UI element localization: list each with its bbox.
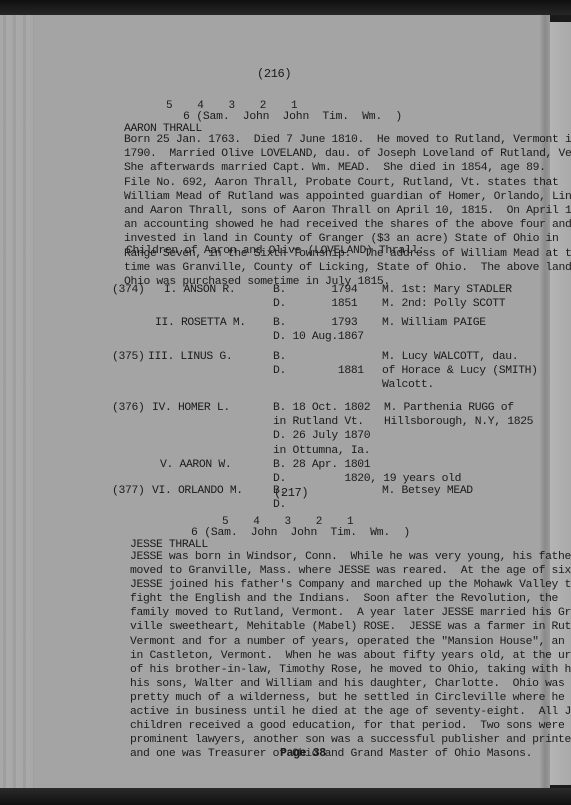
child-name: II. ROSETTA M. (155, 316, 246, 330)
biography-line: moved to Granville, Mass. where JESSE wa… (130, 564, 571, 578)
page-left-binding-edge (0, 15, 34, 788)
biography-line: JESSE joined his father's Company and ma… (130, 578, 571, 592)
biography-line: of his brother-in-law, Timothy Rose, he … (130, 663, 571, 677)
children-heading: Children of Aaron and Olive (LOVELAND) T… (126, 244, 424, 258)
biography-line: ville sweetheart, Mehitable (Mabel) ROSE… (130, 620, 571, 634)
child-dates: B. 18 Oct. 1802 in Rutland Vt. D. 26 Jul… (273, 401, 370, 458)
biography-line: in Castleton, Vermont. When he was about… (130, 649, 571, 663)
biography-line: File No. 692, Aaron Thrall, Probate Cour… (124, 176, 571, 190)
child-marriage: M. William PAIGE (382, 316, 486, 330)
biography-line: Vermont and for a number of years, opera… (130, 635, 571, 649)
scanner-top-edge (0, 0, 571, 15)
child-marriage: M. Parthenia RUGG of Hillsborough, N.Y, … (384, 401, 533, 429)
child-dates: B. D. 1881 (273, 350, 364, 378)
child-reference-number: (374) (112, 283, 144, 297)
child-marriage: M. 1st: Mary STADLER M. 2nd: Polly SCOTT (382, 283, 512, 311)
section-number-216: (216) (257, 67, 291, 81)
section-number-217: (217) (274, 486, 308, 500)
child-marriage: M. Lucy WALCOTT, dau. of Horace & Lucy (… (382, 350, 538, 393)
biography-line: children received a good education, for … (130, 719, 571, 733)
lineage-ancestor-names: 6 (Sam. John John Tim. Wm. ) (183, 110, 402, 124)
biography-line: She afterwards married Capt. Wm. MEAD. S… (124, 161, 571, 175)
child-name: VI. ORLANDO M. (152, 484, 243, 498)
child-dates: B. 28 Apr. 1801 D. 1820, 19 years old (273, 458, 461, 486)
biography-line: time was Granville, County of Licking, S… (124, 261, 571, 275)
child-dates: B. 1794 D. 1851 (273, 283, 357, 311)
biography-line: William Mead of Rutland was appointed gu… (124, 190, 571, 204)
biography-line: prominent lawyers, another son was a suc… (130, 733, 571, 747)
child-name: V. AARON W. (160, 458, 231, 472)
biography-line: JESSE was born in Windsor, Conn. While h… (130, 550, 571, 564)
lineage-line: 6 (Sam. John John Tim. Wm. ) (183, 111, 402, 123)
biography-line: pretty much of a wilderness, but he sett… (130, 691, 571, 705)
biography-line: fight the English and the Indians. Soon … (130, 592, 571, 606)
child-name: III. LINUS G. (148, 350, 232, 364)
page-footer-number: Page 38 (280, 747, 326, 761)
child-marriage: M. Betsey MEAD (382, 484, 473, 498)
biography-line: active in business until he died at the … (130, 705, 571, 719)
biography-line: and one was Treasurer of Ohio and Grand … (130, 747, 571, 761)
child-name: I. ANSON R. (164, 283, 235, 297)
lineage-ancestor-names-217: 6 (Sam. John John Tim. Wm. ) (191, 526, 410, 540)
jesse-thrall-biography: JESSE was born in Windsor, Conn. While h… (130, 550, 571, 761)
child-reference-number: (375) (112, 350, 144, 364)
child-dates: B. 1793 D. 10 Aug.1867 (273, 316, 364, 344)
biography-line: Born 25 Jan. 1763. Died 7 June 1810. He … (124, 133, 571, 147)
child-name: IV. HOMER L. (152, 401, 230, 415)
biography-line: his sons, Walter and William and his dau… (130, 677, 571, 691)
biography-line: family moved to Rutland, Vermont. A year… (130, 606, 571, 620)
child-reference-number: (376) (112, 401, 144, 415)
aaron-thrall-biography: Born 25 Jan. 1763. Died 7 June 1810. He … (124, 133, 571, 289)
child-reference-number: (377) (112, 484, 144, 498)
biography-line: 1790. Married Olive LOVELAND, dau. of Jo… (124, 147, 571, 161)
scanner-bottom-edge (0, 788, 571, 805)
biography-line: an accounting showed he had received the… (124, 218, 571, 232)
biography-line: and Aaron Thrall, sons of Aaron Thrall o… (124, 204, 571, 218)
